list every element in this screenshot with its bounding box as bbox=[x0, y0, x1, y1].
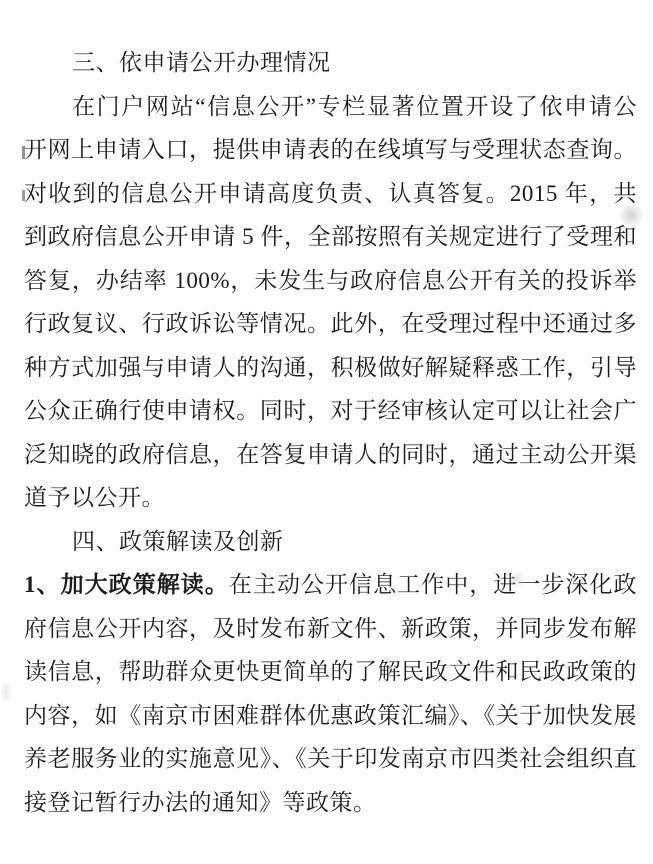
doc-line: 读信息，帮助群众更快更简单的了解民政文件和民政政策的 bbox=[24, 650, 637, 694]
doc-line: 道予以公开。 bbox=[24, 476, 637, 520]
scan-artifact-left-mark bbox=[22, 146, 25, 159]
doc-line: 种方式加强与申请人的沟通，积极做好解疑释惑工作，引导 bbox=[24, 346, 637, 390]
scan-smudge bbox=[508, 570, 526, 588]
doc-line: 对收到的信息公开申请高度负责、认真答复。2015 年，共收 bbox=[24, 172, 637, 216]
item-lead-rest: 在主动公开信息工作中，进一步深化政 bbox=[229, 572, 637, 597]
section-3-heading: 三、依申请公开办理情况 bbox=[24, 41, 637, 85]
doc-line: 府信息公开内容，及时发布新文件、新政策，并同步发布解 bbox=[24, 607, 637, 651]
doc-line: 在门户网站“信息公开”专栏显著位置开设了依申请公 bbox=[24, 85, 637, 129]
doc-line: 公众正确行使申请权。同时，对于经审核认定可以让社会广 bbox=[24, 389, 637, 433]
doc-line: 内容，如《南京市困难群体优惠政策汇编》、《关于加快发展 bbox=[24, 694, 637, 738]
doc-line: 养老服务业的实施意见》、《关于印发南京市四类社会组织直 bbox=[24, 737, 637, 781]
doc-line: 行政复议、行政诉讼等情况。此外，在受理过程中还通过多 bbox=[24, 302, 637, 346]
item-number-title: 1、加大政策解读。 bbox=[24, 572, 229, 597]
scan-smudge bbox=[618, 202, 644, 228]
doc-line: 开网上申请入口，提供申请表的在线填写与受理状态查询。 bbox=[24, 128, 637, 172]
doc-line: 答复，办结率 100%，未发生与政府信息公开有关的投诉举报、 bbox=[24, 259, 637, 303]
scan-smudge bbox=[0, 680, 12, 704]
scan-artifact-left-mark bbox=[22, 190, 25, 201]
doc-line: 泛知晓的政府信息，在答复申请人的同时，通过主动公开渠 bbox=[24, 433, 637, 477]
section-4-heading: 四、政策解读及创新 bbox=[24, 520, 637, 564]
doc-line: 到政府信息公开申请 5 件，全部按照有关规定进行了受理和 bbox=[24, 215, 637, 259]
doc-line: 接登记暂行办法的通知》等政策。 bbox=[24, 781, 637, 825]
scanned-document-page: 三、依申请公开办理情况 在门户网站“信息公开”专栏显著位置开设了依申请公 开网上… bbox=[0, 0, 653, 864]
doc-line-item-lead: 1、加大政策解读。在主动公开信息工作中，进一步深化政 bbox=[24, 563, 637, 607]
text-column: 三、依申请公开办理情况 在门户网站“信息公开”专栏显著位置开设了依申请公 开网上… bbox=[24, 41, 637, 824]
